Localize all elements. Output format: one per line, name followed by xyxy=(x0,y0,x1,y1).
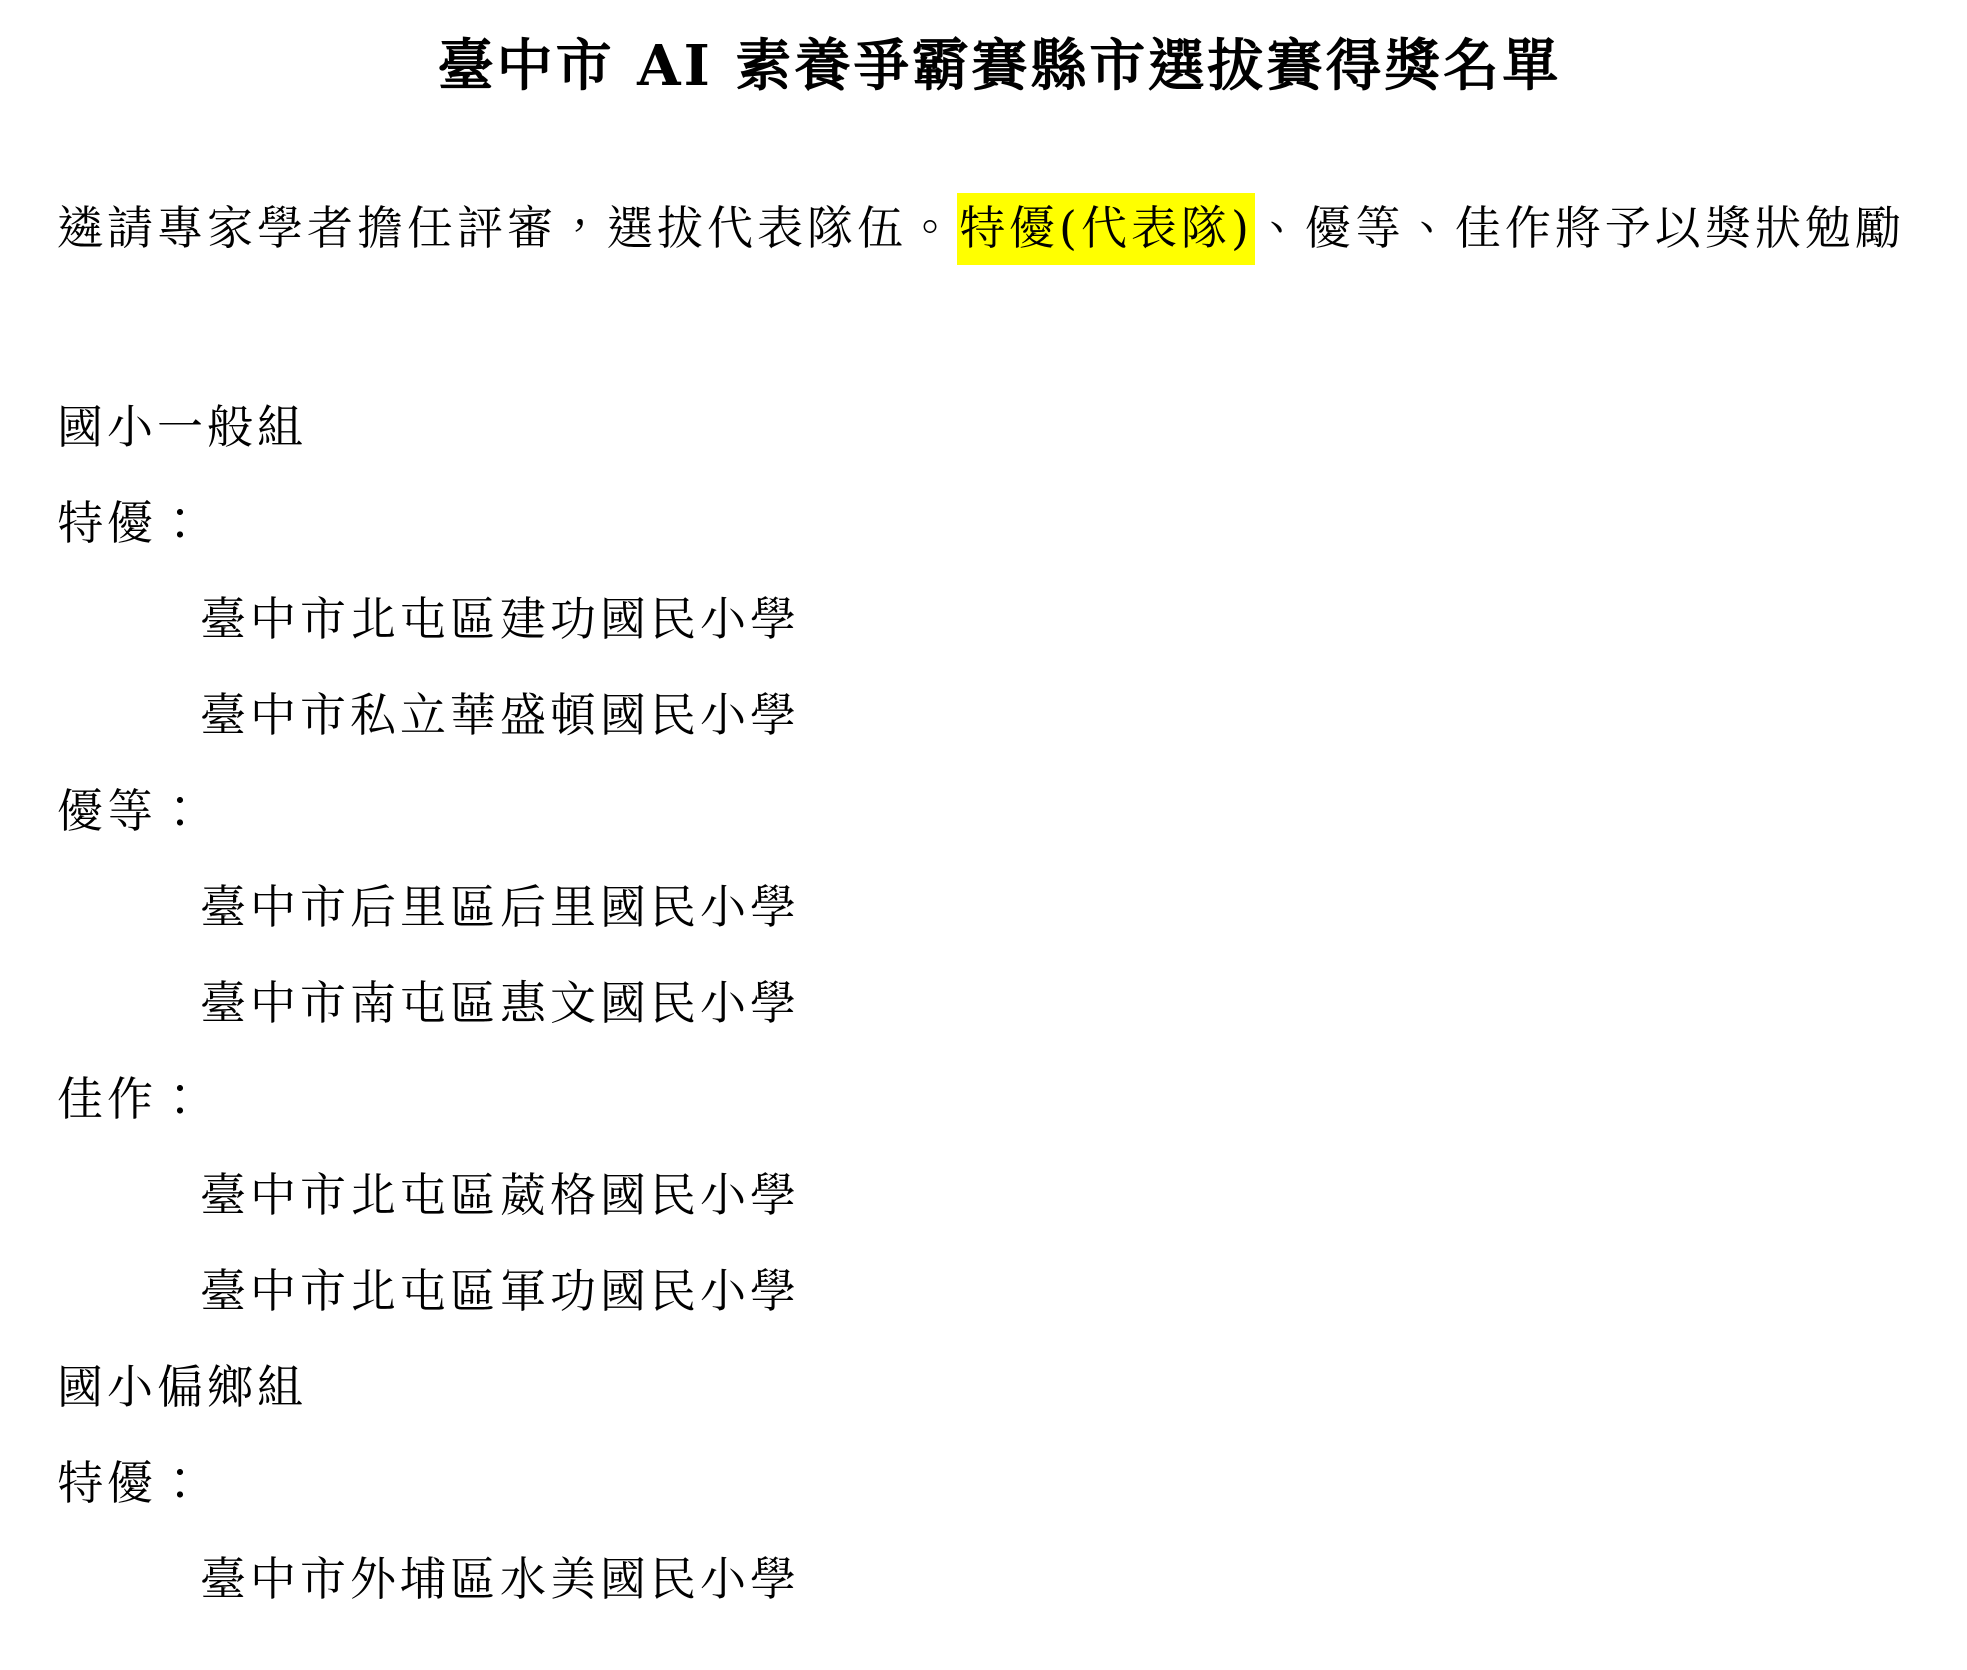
school-name: 臺中市北屯區建功國民小學 xyxy=(57,568,1942,664)
group-heading: 國小一般組 xyxy=(57,376,1942,472)
award-label: 佳作： xyxy=(57,1048,1942,1144)
school-name: 臺中市后里區后里國民小學 xyxy=(57,856,1942,952)
intro-paragraph: 遴請專家學者擔任評審，選拔代表隊伍。特優(代表隊)、優等、佳作將予以獎狀勉勵 xyxy=(57,188,1942,268)
group-heading: 國小偏鄉組 xyxy=(57,1336,1942,1432)
award-label: 特優： xyxy=(57,472,1942,568)
school-name: 臺中市北屯區軍功國民小學 xyxy=(57,1240,1942,1336)
document-page: 臺中市 AI 素養爭霸賽縣市選拔賽得獎名單 遴請專家學者擔任評審，選拔代表隊伍。… xyxy=(0,0,1967,1670)
award-label: 優等： xyxy=(57,760,1942,856)
intro-text-before: 遴請專家學者擔任評審，選拔代表隊伍。 xyxy=(57,201,957,255)
intro-highlight: 特優(代表隊) xyxy=(957,193,1255,265)
school-name: 臺中市南屯區惠文國民小學 xyxy=(57,952,1942,1048)
intro-text-after: 、優等、佳作將予以獎狀勉勵 xyxy=(1255,201,1905,255)
school-name: 臺中市北屯區葳格國民小學 xyxy=(57,1144,1942,1240)
school-name: 臺中市外埔區水美國民小學 xyxy=(57,1528,1942,1624)
awards-list: 國小一般組特優：臺中市北屯區建功國民小學臺中市私立華盛頓國民小學優等：臺中市后里… xyxy=(57,376,1942,1624)
award-label: 特優： xyxy=(57,1432,1942,1528)
school-name: 臺中市私立華盛頓國民小學 xyxy=(57,664,1942,760)
document-title: 臺中市 AI 素養爭霸賽縣市選拔賽得獎名單 xyxy=(57,22,1942,102)
